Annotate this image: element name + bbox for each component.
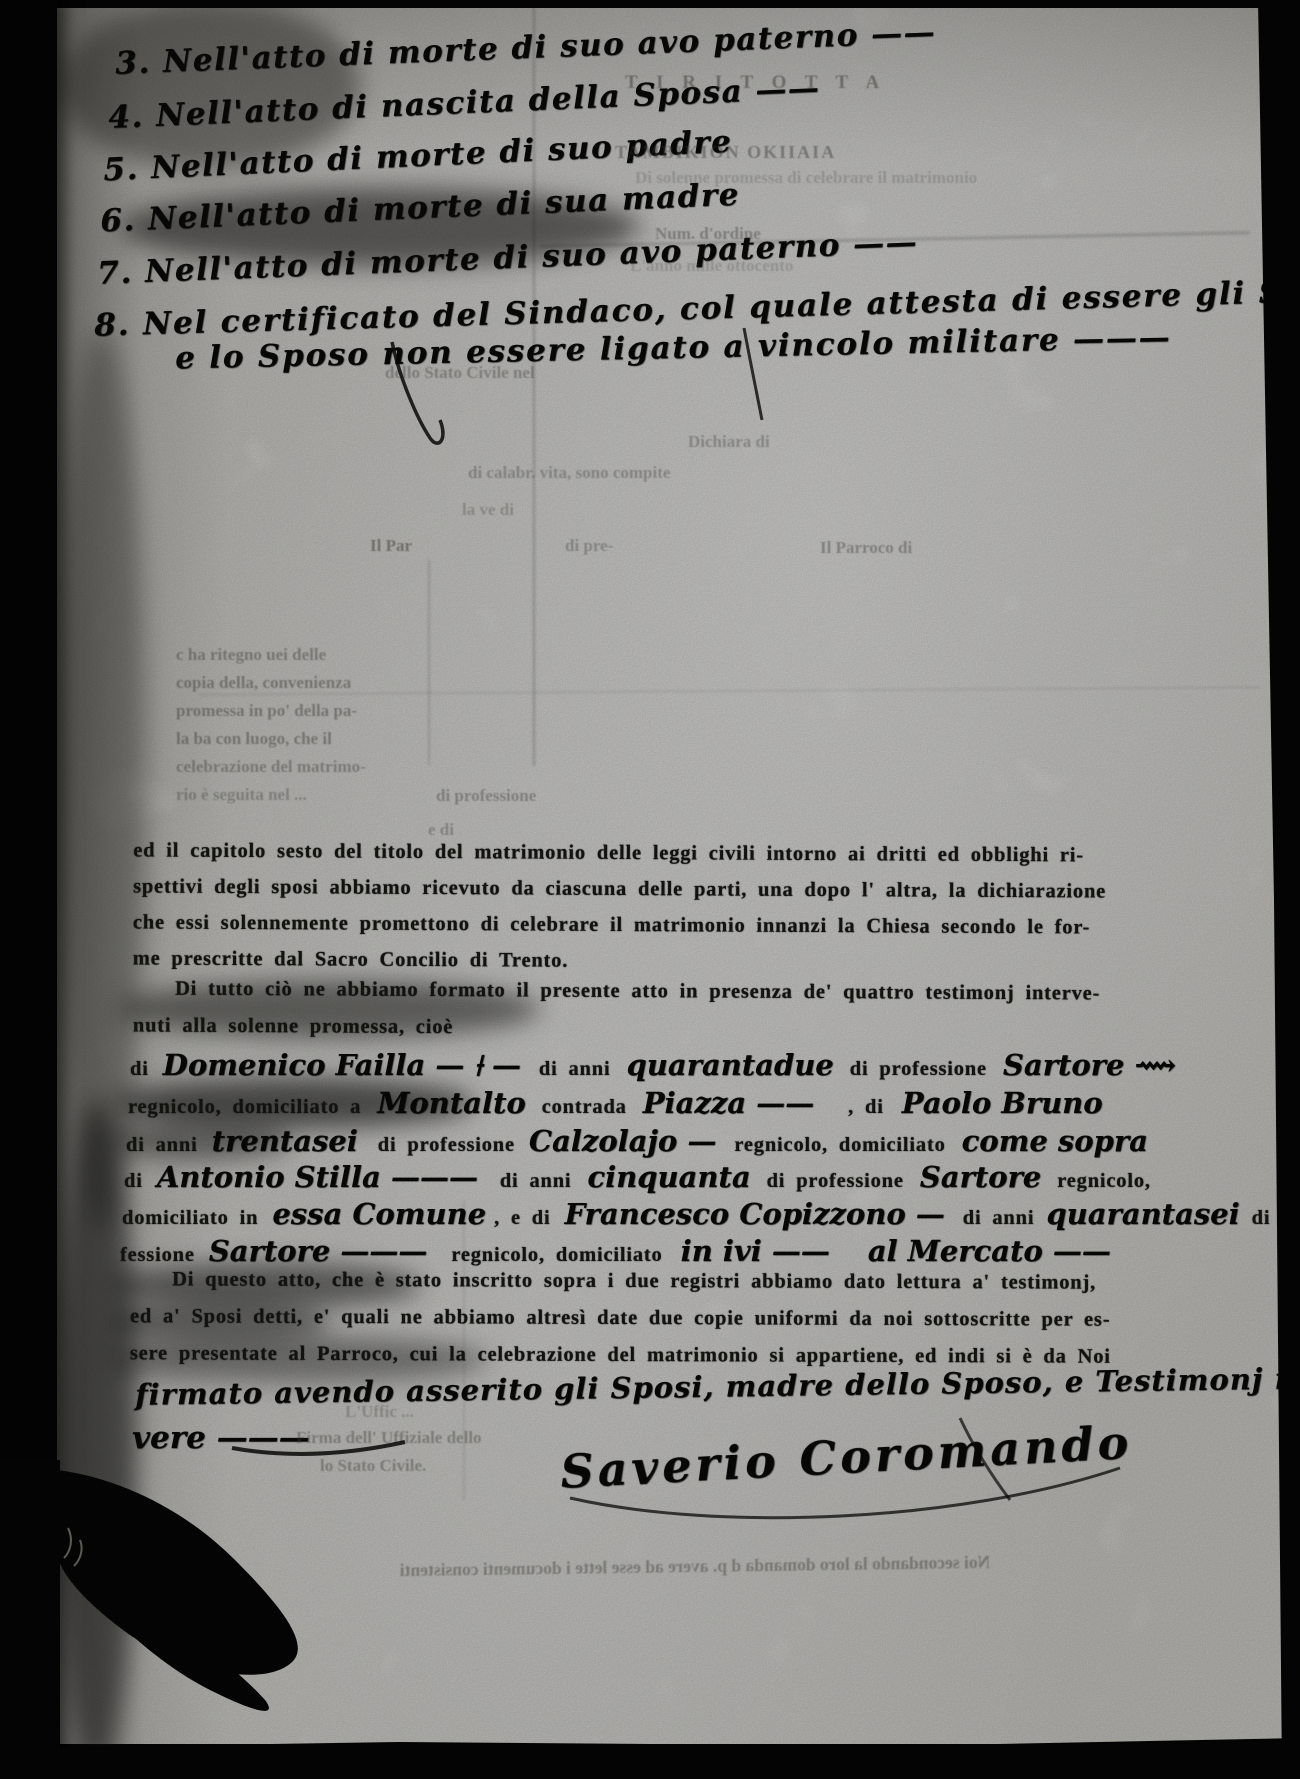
faded-col-line5: celebrazione del matrimo- — [176, 757, 366, 777]
w6-printed-domic: regnicolo, domiciliato — [451, 1244, 662, 1267]
w4-printed-regnicolo: regnicolo, — [1057, 1170, 1151, 1193]
closing-line2: ed a' Sposi detti, e' quali ne abbiamo a… — [130, 1305, 1111, 1331]
form-stato-civile: dello Stato Civile nel — [385, 363, 535, 383]
closing-line3: sere presentate al Parroco, cui la celeb… — [130, 1342, 1111, 1368]
w2-contrada-name: Piazza —— — [643, 1086, 814, 1120]
printed-closing-paragraph: Di questo atto, che è stato inscritto so… — [130, 1268, 1111, 1368]
closing-line1: Di questo atto, che è stato inscritto so… — [130, 1268, 1111, 1294]
w4-printed-di: di — [124, 1170, 143, 1193]
form-anno: L'anno mille ottocento — [630, 256, 793, 276]
para2-line1: Di tutto ciò ne abbiamo formato il prese… — [133, 977, 1100, 1005]
w3-printed-prof: di professione — [378, 1134, 515, 1157]
para1-line1: ed il capitolo sesto del titolo del matr… — [133, 839, 1106, 867]
bleed-header-mirrored: T I R I T O T T A — [625, 72, 886, 94]
witness-row-4: di Antonio Stilla ——— di anni cinquanta … — [124, 1160, 1151, 1194]
printed-paragraph-2: Di tutto ciò ne abbiamo formato il prese… — [133, 977, 1100, 1042]
bleed-subheader: TAMBIKION OKIIAIA — [615, 142, 836, 163]
w6-profession: Sartore ——— — [209, 1234, 428, 1268]
w1-age: quarantadue — [626, 1048, 833, 1082]
scanned-document-page: 3. Nell'atto di morte di suo avo paterno… — [0, 0, 1300, 1779]
w5-printed-anni: di anni — [963, 1207, 1035, 1230]
finger-blob-shadow — [0, 1400, 420, 1779]
w6-place: al Mercato —— — [868, 1234, 1111, 1268]
w4-age: cinquanta — [587, 1160, 750, 1194]
bleed-line: Di solenne promessa di celebrare il matr… — [635, 168, 977, 188]
w4-printed-anni: di anni — [500, 1170, 572, 1193]
form-il-parroco-di: Il Parroco di — [820, 538, 912, 558]
form-rule-vertical — [428, 560, 430, 765]
form-la-ve-di: la ve di — [462, 500, 514, 520]
faded-col-line3: promessa in po' della pa- — [176, 701, 366, 721]
w4-printed-prof: di professione — [767, 1170, 904, 1193]
faded-col-line4: la ba con luogo, che il — [176, 729, 366, 749]
w5-name: Francesco Copizzono — — [564, 1197, 944, 1231]
para1-line3: che essi solennemente promettono di cele… — [133, 911, 1106, 939]
fold-crease-vertical — [533, 6, 535, 766]
witness-row-6: fessione Sartore ——— regnicolo, domicili… — [120, 1234, 1111, 1268]
w6-printed-fessione: fessione — [120, 1244, 195, 1267]
w1-name: Domenico Failla — ⟊ — — [163, 1048, 521, 1083]
witness-row-2: regnicolo, domiciliato a Montalto contra… — [128, 1086, 1103, 1120]
w3-age: trentasei — [212, 1124, 358, 1158]
w5-domicile: essa Comune — [272, 1197, 486, 1231]
witness-row-3: di anni trentasei di professione Calzola… — [126, 1124, 1148, 1158]
film-border-top — [0, 0, 1300, 8]
faded-col-line1: c ha ritegno uei delle — [176, 645, 366, 665]
witness-row-5: domiciliato in essa Comune , e di France… — [122, 1197, 1300, 1231]
form-dichiara: Dichiara di — [688, 432, 770, 452]
form-calabr: di calabr. vita, sono compite — [468, 463, 670, 483]
w3-printed-domic: regnicolo, domiciliato — [734, 1134, 945, 1157]
w2-printed-di: , di — [848, 1096, 884, 1119]
w1-printed-di: di — [130, 1058, 149, 1081]
w6-domicile: in ivi —— — [681, 1234, 830, 1268]
faded-left-column: c ha ritegno uei delle copia della, conv… — [176, 645, 366, 805]
w4-profession: Sartore — [920, 1160, 1041, 1194]
w3-profession: Calzolajo — — [529, 1124, 716, 1158]
form-di-pre: di pre- — [565, 536, 613, 556]
form-di-professione: di professione — [436, 786, 536, 806]
faded-col-line2: copia della, convenienza — [176, 673, 366, 693]
w2-name: Paolo Bruno — [902, 1086, 1103, 1120]
para1-line2: spettivi degli sposi abbiamo ricevuto da… — [133, 875, 1106, 903]
w5-printed-edi: , e di — [494, 1207, 550, 1230]
w1-printed-anni: di anni — [539, 1058, 611, 1081]
form-num-ordine: Num. d'ordine — [655, 224, 761, 244]
w2-printed-contrada: contrada — [542, 1096, 627, 1119]
w2-printed-domic: regnicolo, domiciliato a — [128, 1096, 361, 1119]
w5-age: quarantasei — [1046, 1197, 1239, 1231]
form-e-di: e di — [428, 820, 454, 840]
w3-domicile: come sopra — [962, 1124, 1148, 1158]
w3-printed-anni: di anni — [126, 1134, 198, 1157]
w4-name: Antonio Stilla ——— — [157, 1160, 478, 1194]
w5-printed-domic: domiciliato in — [122, 1207, 258, 1230]
w2-town: Montalto — [377, 1086, 525, 1120]
printed-paragraph-1: ed il capitolo sesto del titolo del matr… — [133, 839, 1107, 975]
form-il-par: Il Par — [370, 536, 412, 556]
w1-printed-prof: di professione — [850, 1058, 987, 1081]
w1-profession: Sartore ⟿ — [1003, 1048, 1176, 1082]
witness-row-1: di Domenico Failla — ⟊ — di anni quarant… — [130, 1048, 1176, 1083]
faded-col-line6: rio è seguita nel ... — [176, 785, 366, 805]
